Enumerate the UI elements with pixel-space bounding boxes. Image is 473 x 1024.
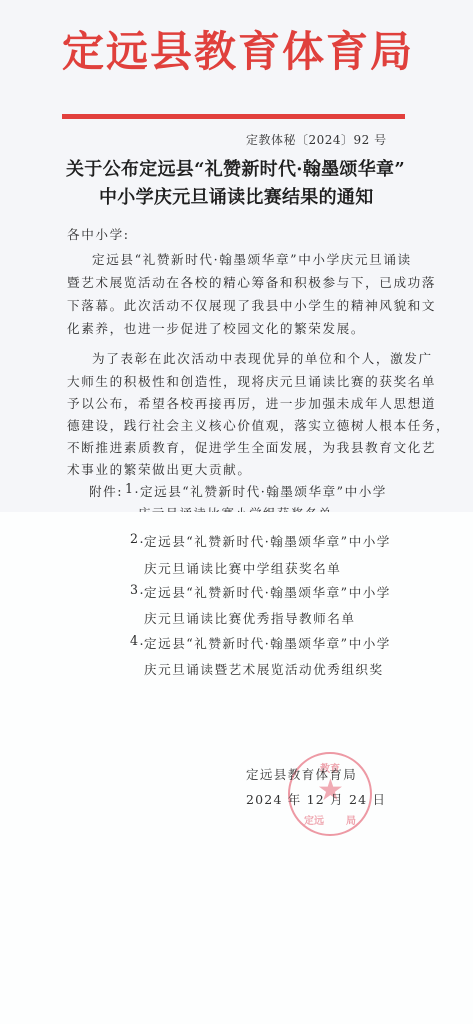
seal-text-bottom-right: 局 xyxy=(346,812,356,827)
signature-date: 2024 年 12 月 24 日 xyxy=(246,790,386,808)
document-title-line-1: 关于公布定远县“礼赞新时代·翰墨颂华章” xyxy=(66,155,405,181)
paragraph-line: 德建设，践行社会主义核心价值观，落实立德树人根本任务， xyxy=(67,415,450,434)
paragraph-line: 化素养，也进一步促进了校园文化的繁荣发展。 xyxy=(67,318,365,337)
document-number: 定教体秘〔2024〕92 号 xyxy=(246,131,387,148)
salutation: 各中小学: xyxy=(67,224,130,243)
attachment-title-line-1: 定远县“礼赞新时代·翰墨颂华章”中小学 xyxy=(144,633,391,652)
paragraph-line: 不断推进素质教育，促进学生全面发展，为我县教育文化艺 xyxy=(67,437,436,456)
attachments-label: 附件: xyxy=(89,481,123,500)
document-title-line-2: 中小学庆元旦诵读比赛结果的通知 xyxy=(99,183,374,209)
paragraph-line: 为了表彰在此次活动中表现优异的单位和个人，激发广 xyxy=(92,348,433,367)
paragraph-line: 下落幕。此次活动不仅展现了我县中小学生的精神风貌和文 xyxy=(67,295,436,314)
paragraph-line: 予以公布，希望各校再接再厉，进一步加强未成年人思想道 xyxy=(67,393,436,412)
document-page-1: 定远县教育体育局 定教体秘〔2024〕92 号 关于公布定远县“礼赞新时代·翰墨… xyxy=(0,0,473,512)
attachment-title-line-2: 庆元旦诵读暨艺术展览活动优秀组织奖 xyxy=(144,659,384,678)
paragraph-line: 暨艺术展览活动在各校的精心筹备和积极参与下，已成功落 xyxy=(67,272,436,291)
attachment-number: 2. xyxy=(130,531,145,546)
attachment-title-line-2: 庆元旦诵读比赛优秀指导教师名单 xyxy=(144,608,355,627)
seal-text-bottom-left: 定远 xyxy=(304,812,324,827)
letterhead-red-rule xyxy=(62,114,405,119)
paragraph-line: 定远县“礼赞新时代·翰墨颂华章”中小学庆元旦诵读 xyxy=(92,249,412,268)
attachment-title-line-1: 定远县“礼赞新时代·翰墨颂华章”中小学 xyxy=(144,531,391,550)
attachment-title-line-1: 定远县“礼赞新时代·翰墨颂华章”中小学 xyxy=(144,582,391,601)
paragraph-line: 大师生的积极性和创造性，现将庆元旦诵读比赛的获奖名单 xyxy=(67,371,436,390)
paragraph-line: 术事业的繁荣做出更大贡献。 xyxy=(67,459,252,478)
attachment-title-line-1: 定远县“礼赞新时代·翰墨颂华章”中小学 xyxy=(140,481,387,500)
org-letterhead: 定远县教育体育局 xyxy=(62,22,408,82)
attachment-number: 4. xyxy=(130,633,145,648)
signature-org: 定远县教育体育局 xyxy=(246,765,357,783)
attachment-number: 3. xyxy=(130,582,145,597)
attachment-number: 1. xyxy=(125,481,140,496)
attachment-title-line-2: 庆元旦诵读比赛中学组获奖名单 xyxy=(144,558,341,577)
